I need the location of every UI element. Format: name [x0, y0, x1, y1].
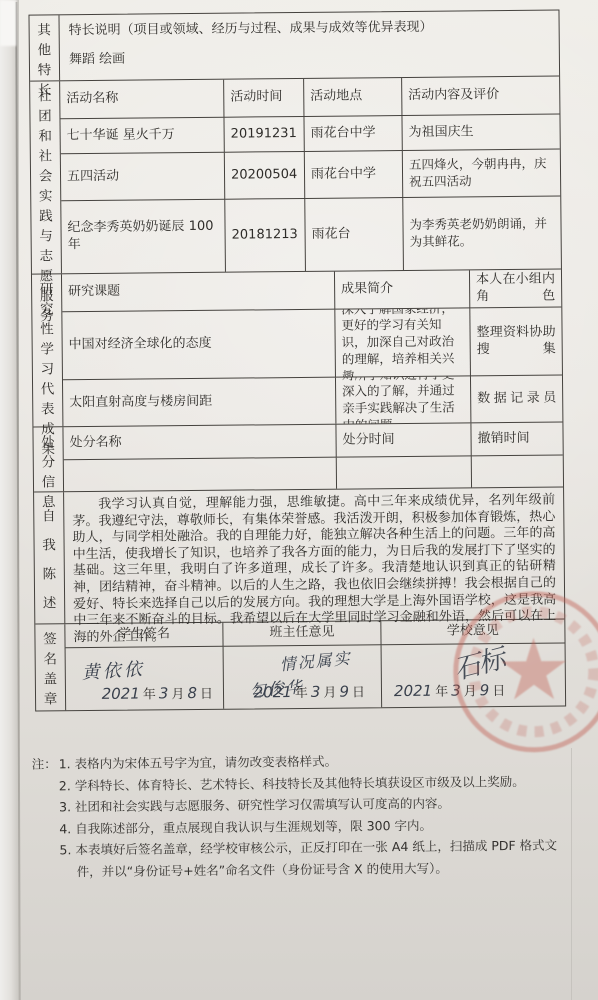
footnote: 5. 本表填好后签名盖章，经学校审核公示，正反打印在一张 A4 纸上，扫描成 P…	[59, 834, 566, 882]
table-cell: 数据记录员	[471, 375, 562, 422]
student-signature-cell: 黄依依 2021年 3月 8日	[66, 647, 225, 711]
column-header: 活动名称	[60, 80, 224, 120]
activities-table: 活动名称 活动时间 活动地点 活动内容及评价 七十华诞 星火千万 2019123…	[60, 76, 561, 273]
teacher-comment: 情况属实	[279, 648, 353, 676]
school-opinion-cell: 石标 2021年 3月 9日	[382, 643, 566, 707]
teacher-sign-date: 2021年 3月 9日	[254, 683, 366, 704]
column-header: 活动内容及评价	[402, 76, 559, 116]
table-cell: 雨花台中学	[304, 116, 402, 152]
column-header: 处分时间	[336, 423, 471, 457]
column-header: 成果简介	[335, 270, 470, 309]
research-table: 研究课题 成果简介 本人在小组内角色 中国对经济全球化的态度 深入了解国家经济，…	[62, 269, 562, 426]
footnotes: 注： 1. 表格内为宋体五号字为宜，请勿改变表格样式。 2. 学科特长、体育特长…	[32, 748, 567, 882]
student-signature: 黄依依	[81, 658, 145, 685]
column-header: 研究课题	[62, 272, 335, 313]
table-cell: 七十华诞 星火千万	[60, 118, 224, 155]
school-sign-date: 2021年 3月 9日	[394, 681, 506, 702]
student-sign-date: 2021年 3月 8日	[102, 684, 214, 705]
table-cell: 为祖国庆生	[402, 114, 559, 151]
other-specialty-content: 特长说明（项目或领域、经历与过程、成果与成效等优异表现） 舞蹈 绘画	[59, 11, 559, 81]
table-cell: 深入了解国家经济，更好的学习有关知识，加深自己对政治的理解，培养相关兴趣。	[335, 308, 471, 377]
table-cell: 中国对经济全球化的态度	[62, 310, 336, 381]
signature-table: 学生签名 班主任意见 学校意见 黄依依 2021年 3月 8日 情况属实 勾俊华	[65, 619, 565, 710]
table-cell	[64, 458, 337, 492]
table-cell: 对所学知识进行了更深入的了解，并通过亲手实践解决了生活中的问题。	[336, 376, 471, 423]
row-label-activities: 社团和社会实践与志愿服务	[30, 81, 62, 273]
specialty-value: 舞蹈 绘画	[69, 43, 550, 67]
table-cell: 太阳直射高度与楼房间距	[63, 378, 336, 427]
table-cell: 雨花台	[305, 198, 404, 271]
column-header: 学生签名	[65, 623, 223, 649]
evaluation-table: 其他特长 特长说明（项目或领域、经历与过程、成果与成效等优异表现） 舞蹈 绘画 …	[28, 9, 566, 711]
section-punishment: 处分信息 处分名称 处分时间 撤销时间	[33, 422, 563, 492]
section-other-specialty: 其他特长 特长说明（项目或领域、经历与过程、成果与成效等优异表现） 舞蹈 绘画	[29, 11, 559, 82]
table-cell: 为李秀英老奶奶朗诵，并为其鲜花。	[403, 196, 561, 270]
table-cell: 五四烽火，今朝冉冉，庆祝五四活动	[403, 149, 560, 198]
column-header: 学校意见	[381, 619, 564, 645]
footnotes-prefix: 注：	[32, 753, 57, 775]
table-cell: 20200504	[225, 152, 305, 200]
row-label-other-specialty: 其他特长	[29, 15, 60, 80]
row-label-research: 研究性学习代表成果	[32, 274, 63, 426]
table-cell: 雨花台中学	[305, 151, 403, 199]
punishment-table: 处分名称 处分时间 撤销时间	[63, 422, 563, 491]
section-self-statement: 自我陈述 我学习认真自觉，理解能力强，思维敏捷。高中三年来成绩优异，名列年级前茅…	[34, 487, 564, 624]
specialty-description-header: 特长说明（项目或领域、经历与过程、成果与成效等优异表现）	[69, 18, 550, 40]
table-cell	[472, 455, 563, 487]
section-research: 研究性学习代表成果 研究课题 成果简介 本人在小组内角色 中国对经济全球化的态度…	[32, 269, 562, 427]
table-cell: 20181213	[225, 199, 306, 272]
column-header: 班主任意见	[223, 621, 381, 647]
table-cell	[337, 456, 472, 488]
column-header: 活动地点	[304, 78, 402, 117]
row-label-signatures: 签名盖章	[35, 624, 66, 710]
row-label-punishment: 处分信息	[33, 427, 64, 491]
table-cell: 整理资料协助搜集	[470, 307, 562, 376]
teacher-opinion-cell: 情况属实 勾俊华 2021年 3月 9日	[224, 645, 383, 709]
column-header: 处分名称	[63, 425, 336, 461]
column-header: 撤销时间	[471, 422, 562, 456]
scanned-form: 其他特长 特长说明（项目或领域、经历与过程、成果与成效等优异表现） 舞蹈 绘画 …	[0, 0, 598, 1000]
table-cell: 五四活动	[61, 153, 225, 202]
section-signatures: 签名盖章 学生签名 班主任意见 学校意见 黄依依 2021年 3月 8日	[35, 619, 565, 710]
table-cell: 20191231	[224, 117, 304, 153]
section-activities: 社团和社会实践与志愿服务 活动名称 活动时间 活动地点 活动内容及评价 七十华诞…	[30, 76, 561, 274]
column-header: 活动时间	[224, 79, 304, 118]
table-cell: 纪念李秀英奶奶诞辰 100 年	[61, 200, 226, 274]
row-label-self-statement: 自我陈述	[34, 492, 65, 623]
column-header: 本人在小组内角色	[470, 269, 561, 308]
